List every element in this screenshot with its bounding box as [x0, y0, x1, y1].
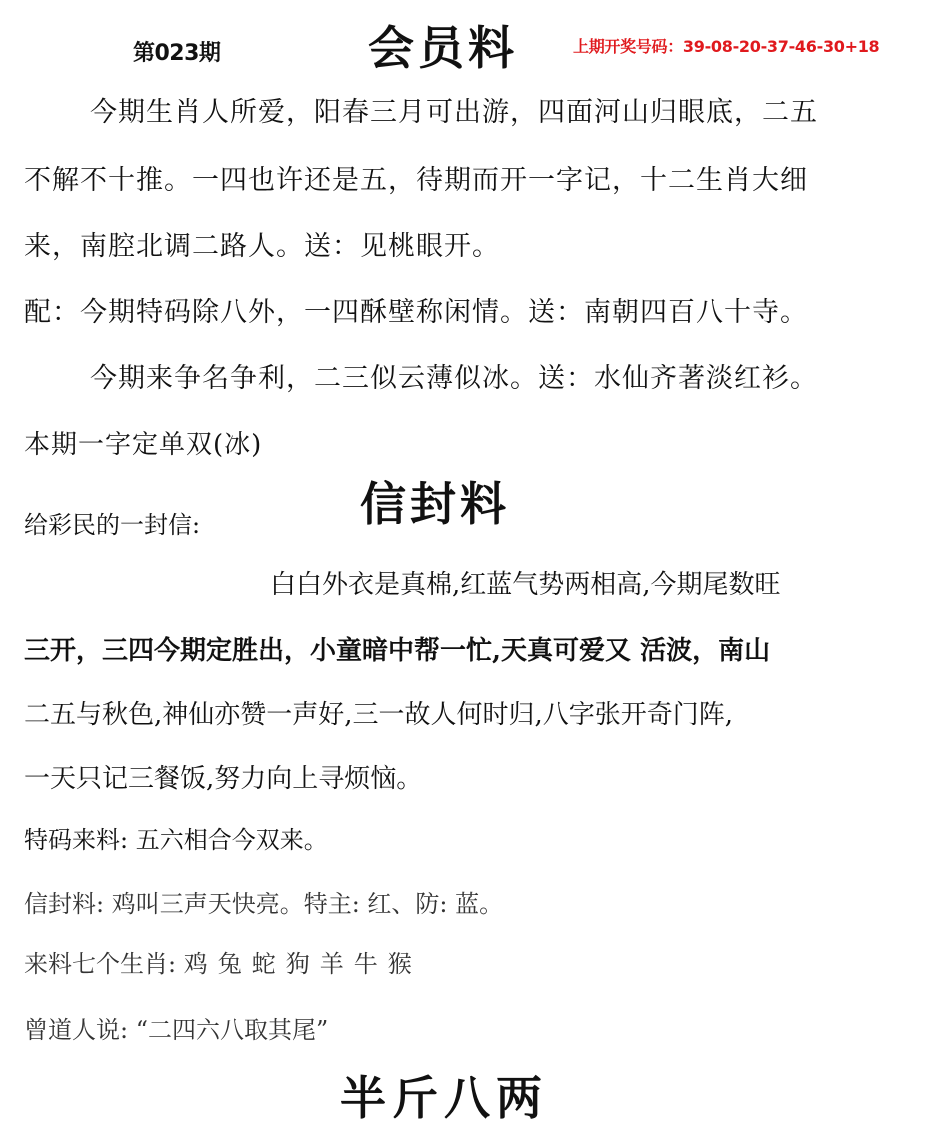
- member-title: 会员料: [368, 12, 518, 78]
- member-line-1: 今期生肖人所爱，阳春三月可出游，四面河山归眼底，二五: [90, 90, 818, 129]
- footer-title: 半斤八两: [340, 1062, 548, 1128]
- last-draw-numbers: 39-08-20-37-46-30+18: [683, 37, 879, 56]
- member-line-2: 不解不十推。一四也许还是五，待期而开一字记，十二生肖大细: [24, 158, 808, 197]
- last-draw-results: 上期开奖号码：39-08-20-37-46-30+18: [573, 34, 879, 57]
- special-code-hint: 特码来料: 五六相合今双来。: [24, 820, 328, 855]
- seven-zodiac-list: 鸡兔蛇狗羊牛猴: [184, 950, 422, 978]
- poem-line-2: 三开，三四今期定胜出，小童暗中帮一忙,天真可爱又 活波，南山: [24, 630, 770, 667]
- member-line-5: 今期来争名争利，二三似云薄似冰。送：水仙齐著淡红衫。: [90, 356, 818, 395]
- member-line-3: 来，南腔北调二路人。送：见桃眼开。: [24, 224, 500, 263]
- issue-number: 第023期: [133, 36, 220, 67]
- seven-zodiac-label: 来料七个生肖:: [24, 950, 184, 978]
- letter-label: 给彩民的一封信:: [24, 505, 200, 540]
- poem-line-3: 二五与秋色,神仙亦赞一声好,三一故人何时归,八字张开奇门阵,: [24, 694, 733, 731]
- member-line-4: 配：今期特码除八外，一四酥壁称闲情。送：南朝四百八十寺。: [24, 290, 808, 329]
- poem-line-1: 白白外衣是真棉,红蓝气势两相高,今期尾数旺: [270, 564, 781, 601]
- last-draw-label: 上期开奖号码：: [573, 37, 683, 56]
- poem-line-4: 一天只记三餐饭,努力向上寻烦恼。: [24, 758, 422, 795]
- single-character-odd-even: 本期一字定单双(冰): [24, 424, 262, 461]
- envelope-title: 信封料: [360, 468, 510, 534]
- monk-says: 曾道人说: “二四六八取其尾”: [24, 1010, 328, 1045]
- seven-zodiac: 来料七个生肖: 鸡兔蛇狗羊牛猴: [24, 944, 422, 979]
- envelope-hint: 信封料: 鸡叫三声天快亮。特主: 红、防: 蓝。: [24, 884, 503, 919]
